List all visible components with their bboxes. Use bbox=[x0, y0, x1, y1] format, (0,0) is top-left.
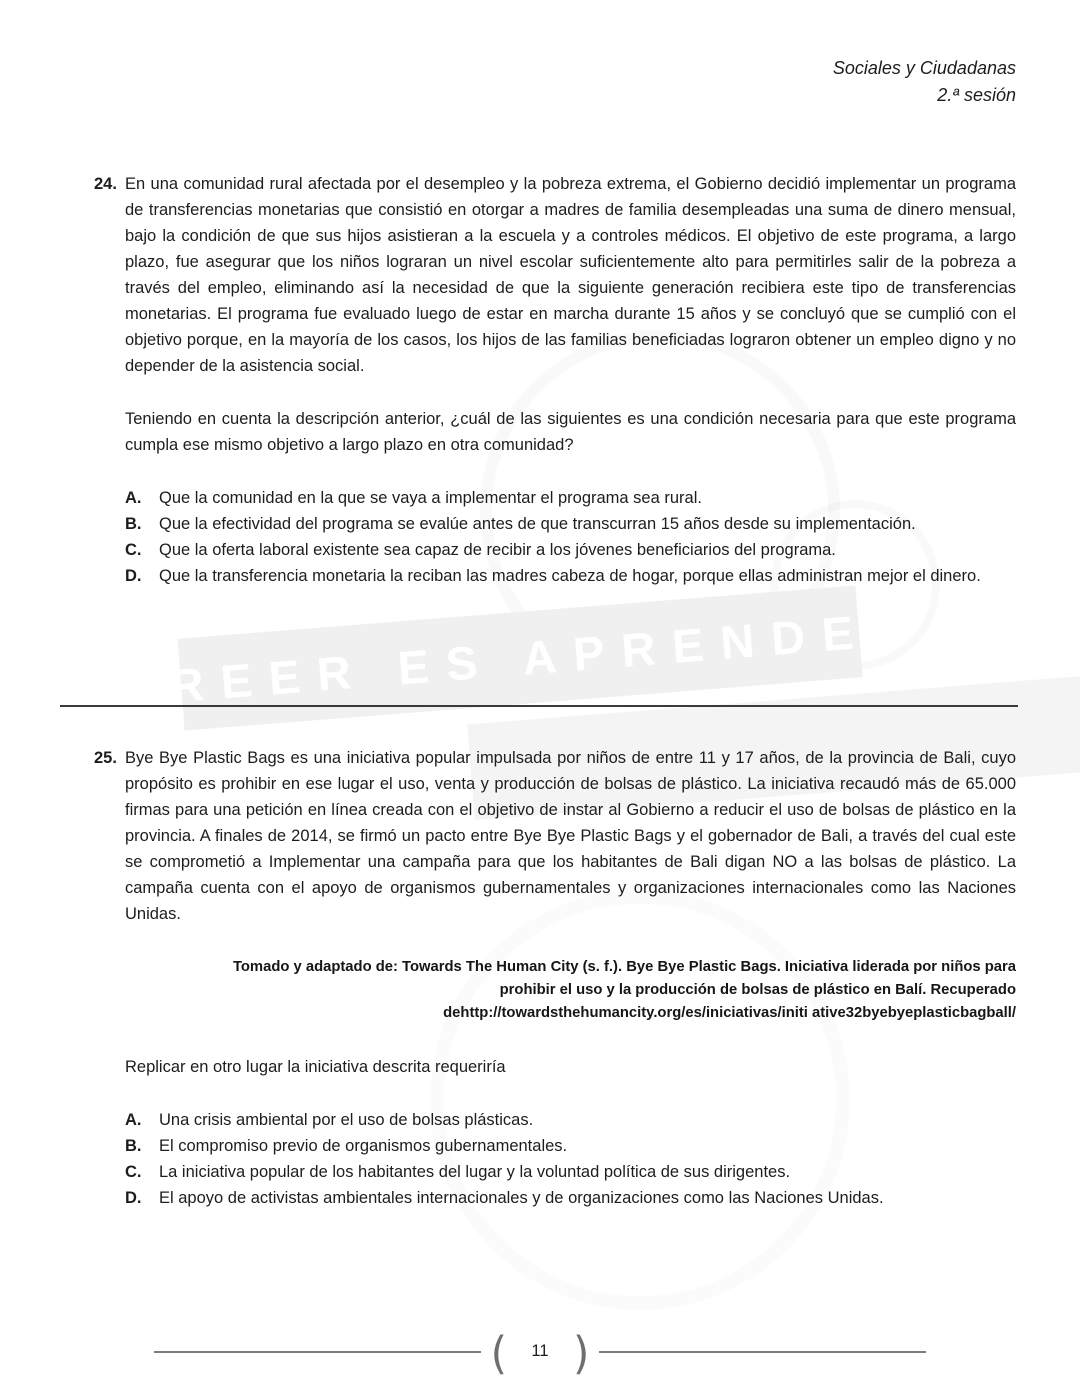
question-24-number: 24. bbox=[94, 171, 125, 197]
option-text: Una crisis ambiental por el uso de bolsa… bbox=[159, 1107, 1016, 1133]
option-letter: B. bbox=[125, 1133, 159, 1159]
option-text: El apoyo de activistas ambientales inter… bbox=[159, 1185, 1016, 1211]
right-bracket-icon: ) bbox=[563, 1334, 599, 1374]
question-25-content: Bye Bye Plastic Bags es una iniciativa p… bbox=[125, 745, 1016, 1211]
option-letter: A. bbox=[125, 1107, 159, 1133]
option-text: Que la oferta laboral existente sea capa… bbox=[159, 537, 1016, 563]
option-letter: D. bbox=[125, 563, 159, 589]
option-letter: A. bbox=[125, 485, 159, 511]
option-text: El compromiso previo de organismos guber… bbox=[159, 1133, 1016, 1159]
exam-page: CREER ES APRENDER Sociales y Ciudadanas … bbox=[0, 0, 1080, 1397]
option-letter: C. bbox=[125, 1159, 159, 1185]
question-25-citation: Tomado y adaptado de: Towards The Human … bbox=[185, 956, 1016, 1025]
question-25-number: 25. bbox=[94, 745, 125, 771]
option-letter: D. bbox=[125, 1185, 159, 1211]
footer-rule-left bbox=[154, 1351, 481, 1353]
option-24-a: A. Que la comunidad en la que se vaya a … bbox=[125, 485, 1016, 511]
header-subject: Sociales y Ciudadanas bbox=[833, 55, 1016, 82]
page-header: Sociales y Ciudadanas 2.ª sesión bbox=[833, 55, 1016, 109]
question-divider bbox=[60, 705, 1018, 707]
option-24-d: D. Que la transferencia monetaria la rec… bbox=[125, 563, 1016, 589]
page-footer: ( 11 ) bbox=[154, 1333, 926, 1371]
option-25-a: A. Una crisis ambiental por el uso de bo… bbox=[125, 1107, 1016, 1133]
option-text: Que la efectividad del programa se evalú… bbox=[159, 511, 1016, 537]
question-24-options: A. Que la comunidad en la que se vaya a … bbox=[125, 485, 1016, 589]
option-25-c: C. La iniciativa popular de los habitant… bbox=[125, 1159, 1016, 1185]
page-number: 11 bbox=[517, 1342, 563, 1361]
option-text: La iniciativa popular de los habitantes … bbox=[159, 1159, 1016, 1185]
question-24-content: En una comunidad rural afectada por el d… bbox=[125, 171, 1016, 589]
option-24-c: C. Que la oferta laboral existente sea c… bbox=[125, 537, 1016, 563]
question-25-stem: Replicar en otro lugar la iniciativa des… bbox=[125, 1054, 1016, 1080]
option-24-b: B. Que la efectividad del programa se ev… bbox=[125, 511, 1016, 537]
option-text: Que la transferencia monetaria la reciba… bbox=[159, 563, 1016, 589]
question-25: 25. Bye Bye Plastic Bags es una iniciati… bbox=[94, 745, 1016, 1211]
footer-rule-right bbox=[599, 1351, 926, 1353]
option-text: Que la comunidad en la que se vaya a imp… bbox=[159, 485, 1016, 511]
option-25-d: D. El apoyo de activistas ambientales in… bbox=[125, 1185, 1016, 1211]
option-letter: C. bbox=[125, 537, 159, 563]
question-24-stem: Teniendo en cuenta la descripción anteri… bbox=[125, 406, 1016, 458]
option-letter: B. bbox=[125, 511, 159, 537]
question-24: 24. En una comunidad rural afectada por … bbox=[94, 171, 1016, 589]
option-25-b: B. El compromiso previo de organismos gu… bbox=[125, 1133, 1016, 1159]
header-session: 2.ª sesión bbox=[833, 82, 1016, 109]
question-25-options: A. Una crisis ambiental por el uso de bo… bbox=[125, 1107, 1016, 1211]
left-bracket-icon: ( bbox=[481, 1334, 517, 1374]
question-25-body: Bye Bye Plastic Bags es una iniciativa p… bbox=[125, 745, 1016, 927]
question-24-body: En una comunidad rural afectada por el d… bbox=[125, 171, 1016, 379]
